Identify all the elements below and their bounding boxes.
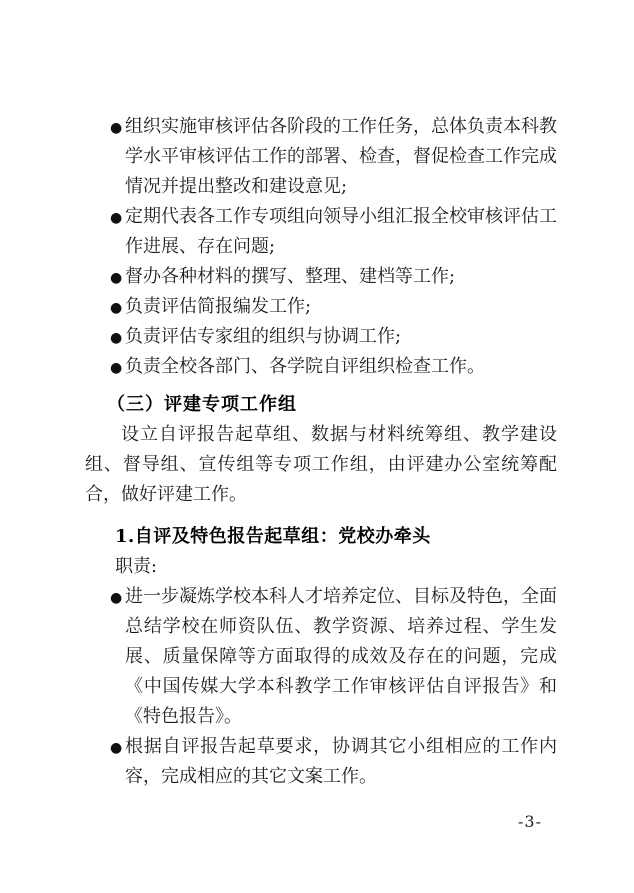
section-heading: （三）评建专项工作组 [107, 390, 557, 420]
group-heading: 1.自评及特色报告起草组：党校办牵头 [115, 522, 557, 552]
document-content-area: ● 组织实施审核评估各阶段的工作任务，总体负责本科教学水平审核评估工作的部署、检… [85, 112, 557, 792]
duty-label: 职责: [115, 552, 557, 582]
bullet-dot-icon: ● [110, 113, 122, 143]
bullet-dot-icon: ● [110, 203, 122, 233]
bullet-dot-icon: ● [110, 733, 122, 763]
bullet-dot-icon: ● [110, 583, 122, 613]
document-page: ● 组织实施审核评估各阶段的工作任务，总体负责本科教学水平审核评估工作的部署、检… [0, 0, 634, 893]
group-duty-item: ● 进一步凝炼学校本科人才培养定位、目标及特色，全面总结学校在师资队伍、教学资源… [85, 582, 557, 732]
office-duty-item: ● 负责评估专家组的组织与协调工作; [85, 322, 557, 352]
bullet-dot-icon: ● [110, 353, 122, 383]
section-paragraph: 设立自评报告起草组、数据与材料统筹组、教学建设组、督导组、宣传组等专项工作组，由… [85, 420, 557, 510]
bullet-dot-icon: ● [110, 323, 122, 353]
page-number: -3- [508, 812, 552, 832]
office-duty-text: 负责评估专家组的组织与协调工作; [125, 326, 401, 347]
group-duty-text: 进一步凝炼学校本科人才培养定位、目标及特色，全面总结学校在师资队伍、教学资源、培… [125, 586, 557, 727]
office-duty-text: 组织实施审核评估各阶段的工作任务，总体负责本科教学水平审核评估工作的部署、检查，… [125, 116, 557, 197]
office-duty-item: ● 督办各种材料的撰写、整理、建档等工作; [85, 262, 557, 292]
office-duty-item: ● 负责全校各部门、各学院自评组织检查工作。 [85, 352, 557, 382]
bullet-dot-icon: ● [110, 263, 122, 293]
bullet-dot-icon: ● [110, 293, 122, 323]
group-duty-text: 根据自评报告起草要求，协调其它小组相应的工作内容，完成相应的其它文案工作。 [125, 736, 557, 787]
group-duty-item: ● 根据自评报告起草要求，协调其它小组相应的工作内容，完成相应的其它文案工作。 [85, 732, 557, 792]
office-duty-item: ● 组织实施审核评估各阶段的工作任务，总体负责本科教学水平审核评估工作的部署、检… [85, 112, 557, 202]
office-duty-text: 负责评估简报编发工作; [125, 296, 311, 317]
office-duty-item: ● 定期代表各工作专项组向领导小组汇报全校审核评估工作进展、存在问题; [85, 202, 557, 262]
office-duty-item: ● 负责评估简报编发工作; [85, 292, 557, 322]
office-duty-text: 定期代表各工作专项组向领导小组汇报全校审核评估工作进展、存在问题; [125, 206, 557, 257]
office-duty-text: 督办各种材料的撰写、整理、建档等工作; [125, 266, 455, 287]
office-duty-text: 负责全校各部门、各学院自评组织检查工作。 [125, 356, 485, 377]
